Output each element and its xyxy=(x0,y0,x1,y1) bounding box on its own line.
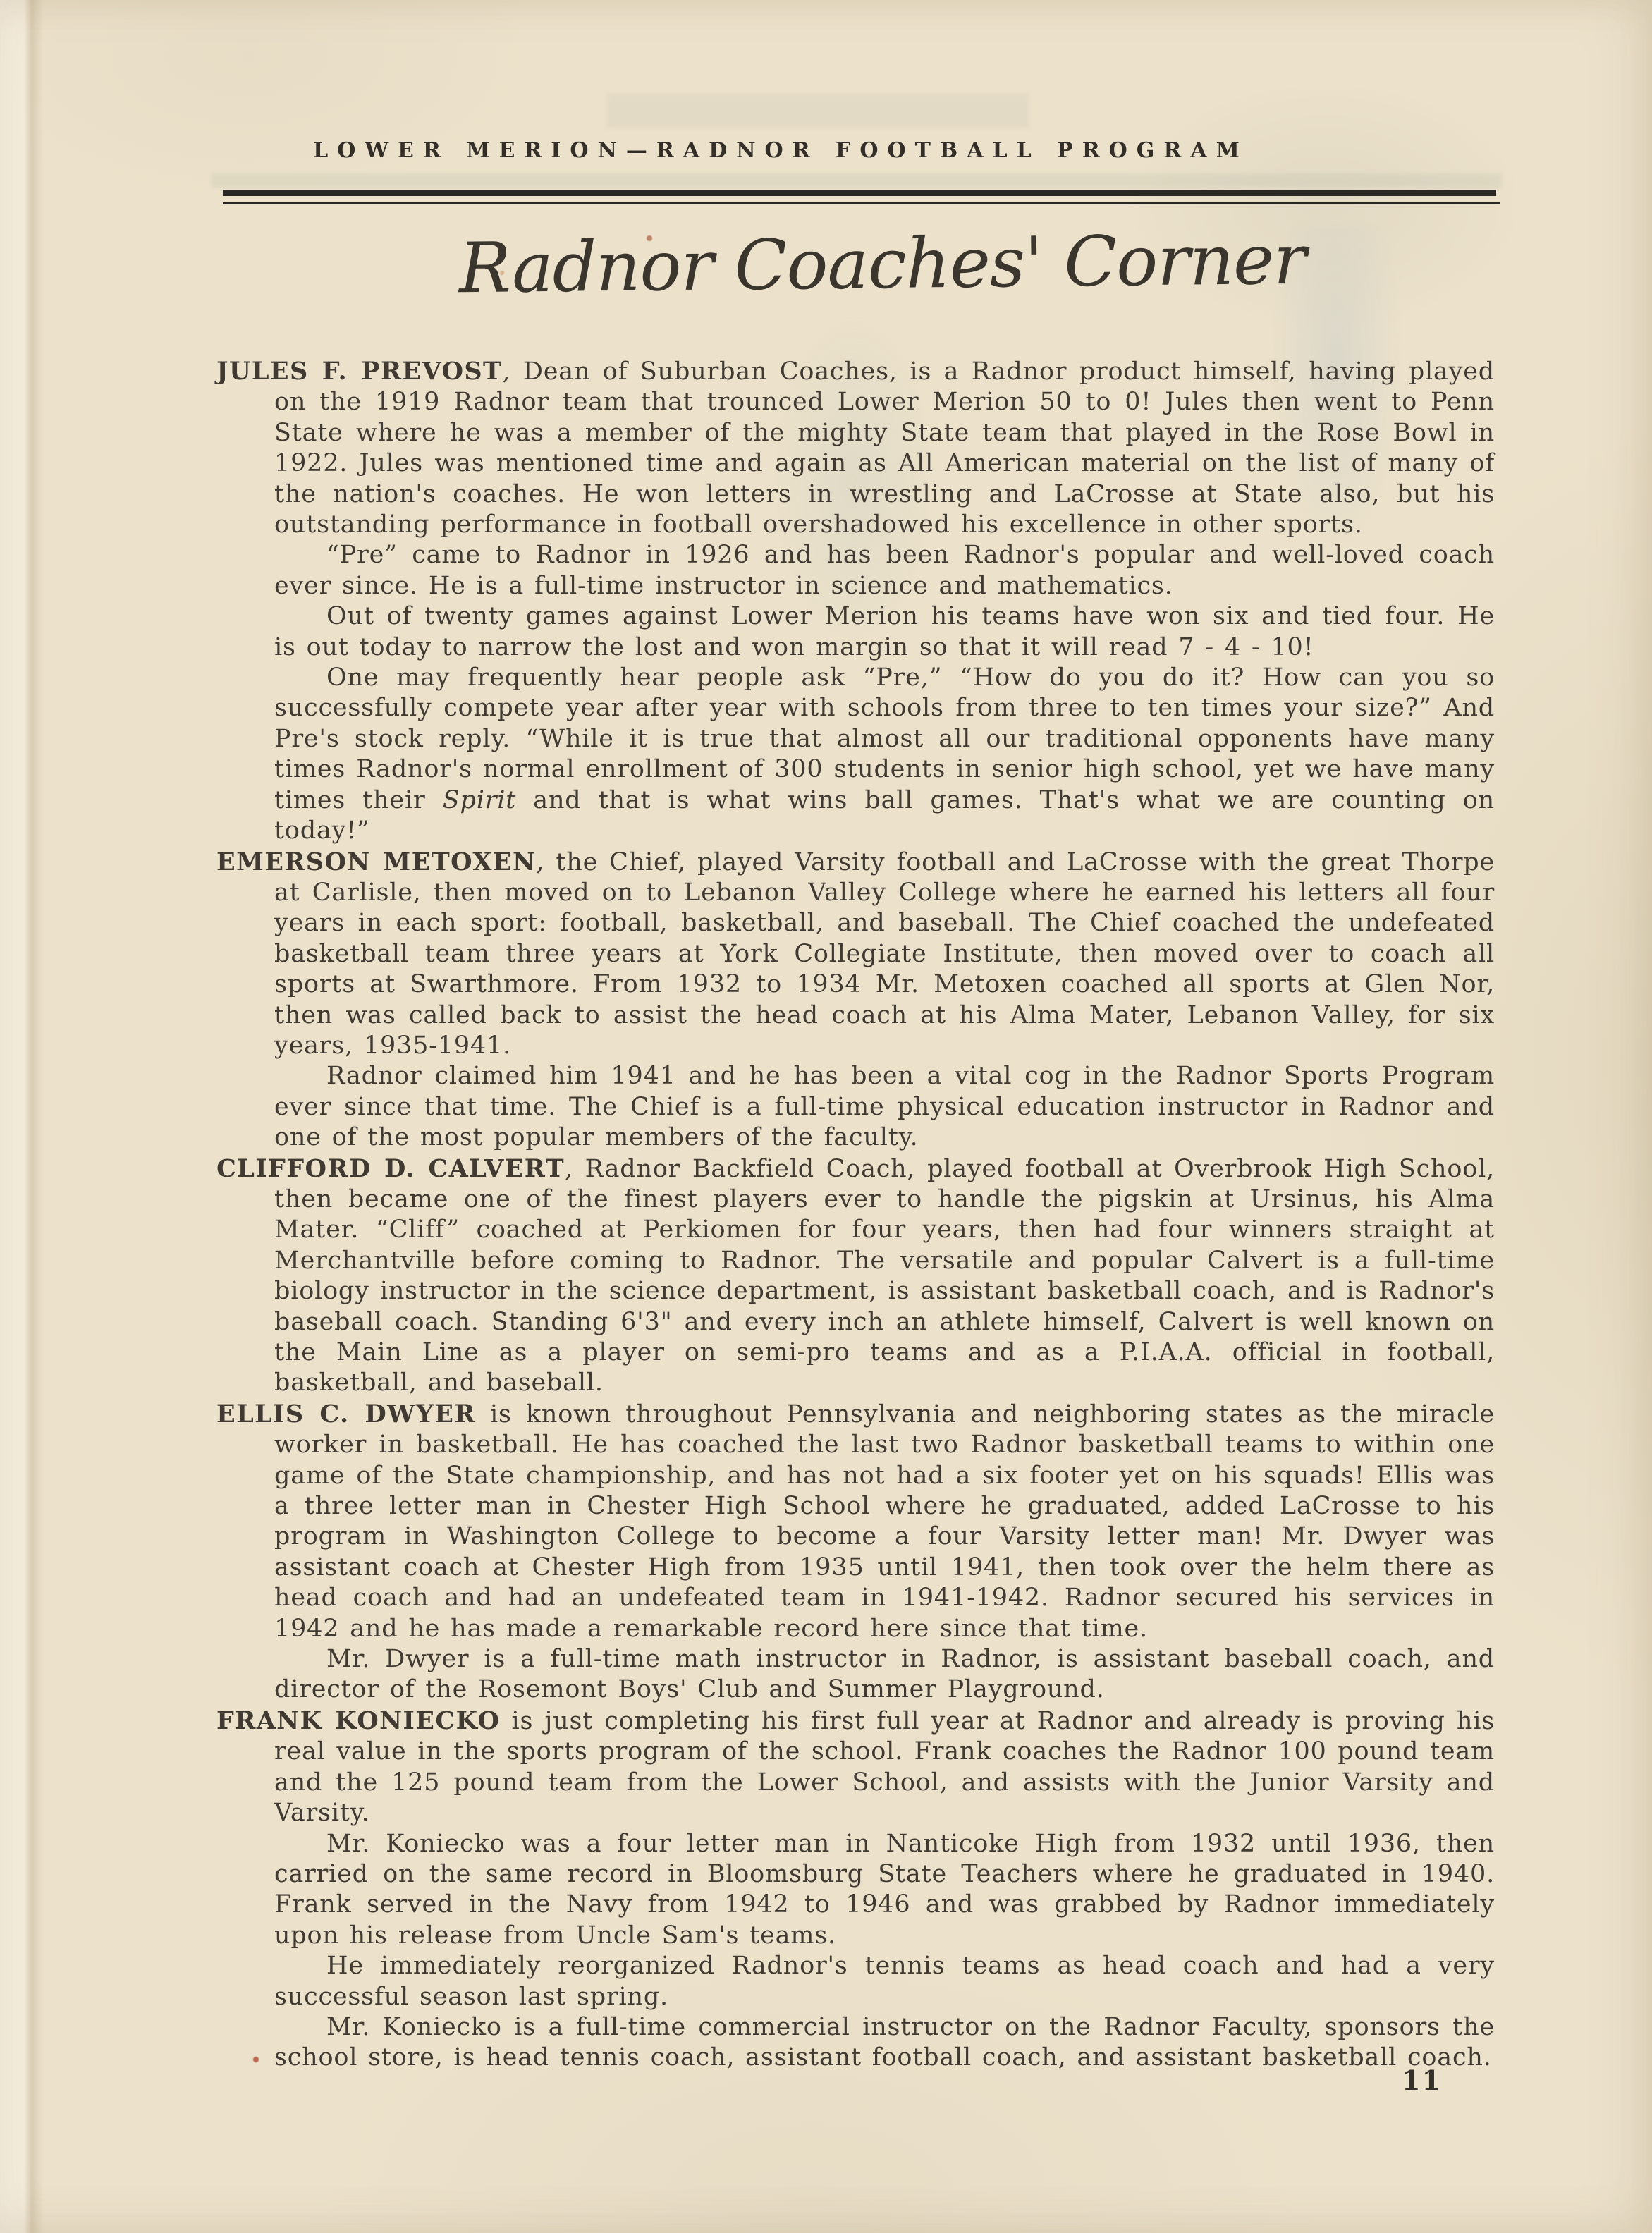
coach-name: EMERSON METOXEN xyxy=(216,848,536,876)
header-rule-thick xyxy=(223,190,1496,196)
paragraph-text: Mr. Koniecko was a four letter man in Na… xyxy=(274,1830,1495,1950)
section-lead-paragraph: ELLIS C. DWYER is known throughout Penns… xyxy=(216,1399,1495,1644)
section-lead-paragraph: CLIFFORD D. CALVERT, Radnor Backfield Co… xyxy=(216,1154,1495,1399)
showthrough-ghost xyxy=(212,173,1502,188)
coach-section: ELLIS C. DWYER is known throughout Penns… xyxy=(216,1399,1495,1706)
header-rule-thin xyxy=(223,202,1500,204)
page-title: Radnor Coaches' Corner xyxy=(56,216,1652,314)
body-paragraph: Mr. Koniecko is a full-time commercial i… xyxy=(216,2012,1495,2074)
body-paragraph: Out of twenty games against Lower Merion… xyxy=(216,601,1495,663)
coach-name: JULES F. PREVOST xyxy=(216,357,503,386)
section-lead-paragraph: JULES F. PREVOST, Dean of Suburban Coach… xyxy=(216,356,1495,540)
body-paragraph: Radnor claimed him 1941 and he has been … xyxy=(216,1061,1495,1153)
body-paragraph: He immediately reorganized Radnor's tenn… xyxy=(216,1951,1495,2012)
article-body: JULES F. PREVOST, Dean of Suburban Coach… xyxy=(216,356,1495,2074)
coach-name: ELLIS C. DWYER xyxy=(216,1400,476,1428)
program-page: LOWER MERION—RADNOR FOOTBALL PROGRAM Rad… xyxy=(0,0,1652,2233)
paragraph-text: Out of twenty games against Lower Merion… xyxy=(274,602,1495,661)
paragraph-text: , the Chief, played Varsity football and… xyxy=(274,848,1495,1060)
coach-section: CLIFFORD D. CALVERT, Radnor Backfield Co… xyxy=(216,1154,1495,1399)
section-lead-paragraph: EMERSON METOXEN, the Chief, played Varsi… xyxy=(216,847,1495,1062)
paragraph-text: is known throughout Pennsylvania and nei… xyxy=(274,1400,1495,1643)
paragraph-text: “Pre” came to Radnor in 1926 and has bee… xyxy=(274,541,1495,599)
body-paragraph: “Pre” came to Radnor in 1926 and has bee… xyxy=(216,540,1495,601)
body-paragraph: One may frequently hear people ask “Pre,… xyxy=(216,663,1495,846)
running-header: LOWER MERION—RADNOR FOOTBALL PROGRAM xyxy=(0,138,1607,163)
coach-section: EMERSON METOXEN, the Chief, played Varsi… xyxy=(216,847,1495,1154)
paragraph-text: He immediately reorganized Radnor's tenn… xyxy=(274,1952,1495,2010)
section-lead-paragraph: FRANK KONIECKO is just completing his fi… xyxy=(216,1706,1495,1829)
body-paragraph: Mr. Koniecko was a four letter man in Na… xyxy=(216,1829,1495,1952)
paragraph-text: Radnor claimed him 1941 and he has been … xyxy=(274,1062,1495,1151)
paragraph-text: , Radnor Backfield Coach, played footbal… xyxy=(274,1155,1495,1397)
emphasis-text: Spirit xyxy=(443,786,516,814)
coach-section: JULES F. PREVOST, Dean of Suburban Coach… xyxy=(216,356,1495,847)
coach-name: CLIFFORD D. CALVERT xyxy=(216,1154,565,1183)
coach-section: FRANK KONIECKO is just completing his fi… xyxy=(216,1706,1495,2074)
coach-name: FRANK KONIECKO xyxy=(216,1706,500,1735)
paragraph-text: Mr. Dwyer is a full-time math instructor… xyxy=(274,1645,1495,1703)
paragraph-text: Mr. Koniecko is a full-time commercial i… xyxy=(274,2013,1495,2072)
body-paragraph: Mr. Dwyer is a full-time math instructor… xyxy=(216,1644,1495,1706)
page-number: 11 xyxy=(1402,2064,1442,2096)
showthrough-ghost xyxy=(606,93,1029,128)
